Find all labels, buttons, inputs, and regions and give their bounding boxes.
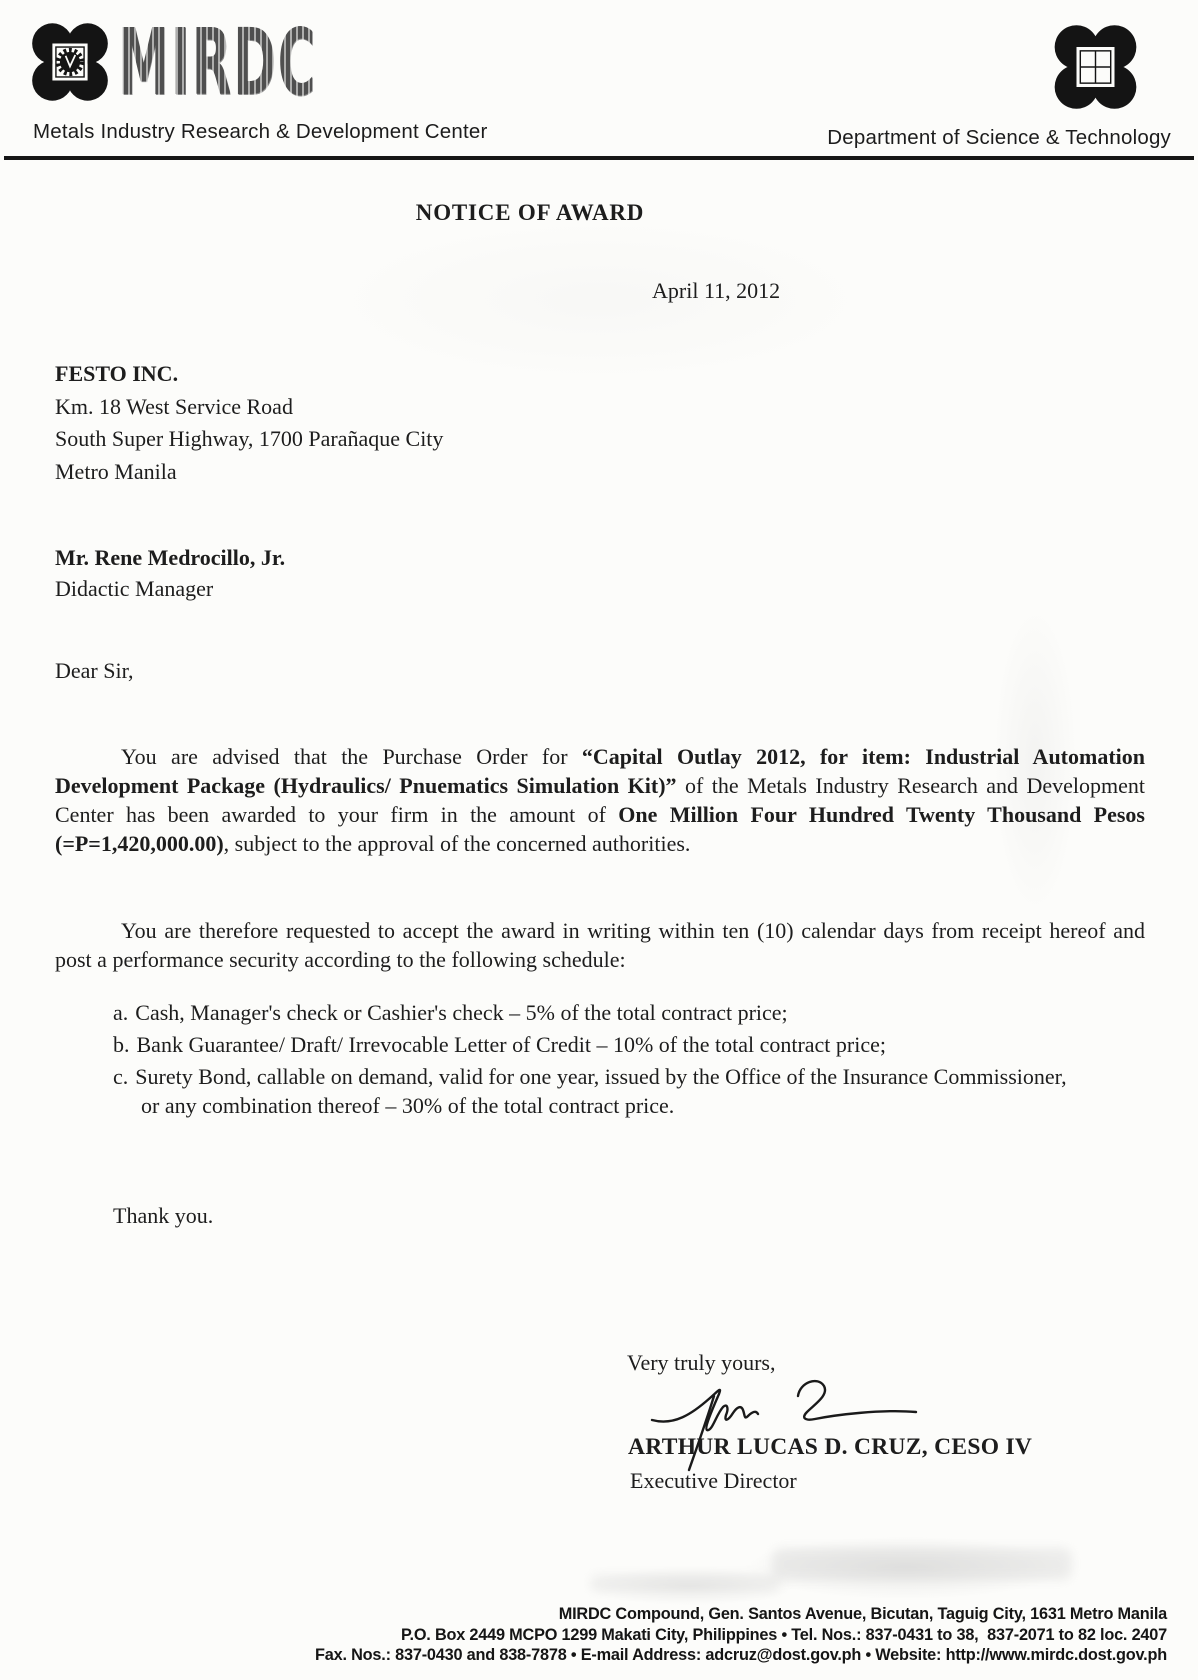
mirdc-wordmark: MIRDC [118, 16, 317, 110]
footer-contact-block: MIRDC Compound, Gen. Santos Avenue, Bicu… [315, 1604, 1167, 1666]
schedule-item: c.Surety Bond, callable on demand, valid… [113, 1062, 1068, 1120]
signer-name: ARTHUR LUCAS D. CRUZ, CESO IV [628, 1434, 1032, 1461]
mirdc-tagline: Metals Industry Research & Development C… [33, 120, 488, 144]
recipient-address-line: South Super Highway, 1700 Parañaque City [55, 423, 443, 456]
footer-phone-line: P.O. Box 2449 MCPO 1299 Makati City, Phi… [315, 1625, 1167, 1646]
recipient-address-line: Km. 18 West Service Road [55, 391, 443, 424]
schedule-item-text: Bank Guarantee/ Draft/ Irrevocable Lette… [137, 1032, 887, 1057]
recipient-block: FESTO INC. Km. 18 West Service Road Sout… [55, 358, 443, 488]
body-paragraph-2: You are therefore requested to accept th… [55, 916, 1145, 974]
schedule-item: a.Cash, Manager's check or Cashier's che… [113, 998, 1068, 1027]
recipient-address-line: Metro Manila [55, 456, 443, 489]
salutation: Dear Sir, [55, 658, 134, 684]
recipient-contact-name: Mr. Rene Medrocillo, Jr. [55, 542, 285, 573]
recipient-contact-title: Didactic Manager [55, 573, 285, 604]
signer-title: Executive Director [630, 1468, 797, 1494]
recipient-company: FESTO INC. [55, 358, 443, 391]
header-divider [4, 156, 1194, 160]
scan-artifact [590, 1574, 780, 1592]
scan-artifact [772, 1548, 1072, 1580]
footer-fax-email-line: Fax. Nos.: 837-0430 and 838-7878 • E-mai… [315, 1645, 1167, 1666]
scanned-letter-page: MIRDC Metals Industry Research & Develop… [0, 0, 1198, 1680]
document-title: NOTICE OF AWARD [0, 200, 1060, 226]
footer-address-line: MIRDC Compound, Gen. Santos Avenue, Bicu… [315, 1604, 1167, 1625]
schedule-item-label: a. [113, 1000, 128, 1025]
schedule-item: b.Bank Guarantee/ Draft/ Irrevocable Let… [113, 1030, 1068, 1059]
body-paragraph-1: You are advised that the Purchase Order … [55, 742, 1145, 858]
schedule-item-label: b. [113, 1032, 130, 1057]
schedule-item-text: Cash, Manager's check or Cashier's check… [135, 1000, 787, 1025]
dost-tagline: Department of Science & Technology [827, 126, 1171, 150]
recipient-contact-block: Mr. Rene Medrocillo, Jr. Didactic Manage… [55, 542, 285, 604]
date-line: April 11, 2012 [652, 278, 780, 304]
closing-thanks: Thank you. [113, 1203, 213, 1229]
valediction: Very truly yours, [627, 1350, 775, 1376]
dost-logo-icon [1048, 16, 1143, 118]
mirdc-logo-icon [26, 14, 114, 110]
schedule-item-text: Surety Bond, callable on demand, valid f… [135, 1064, 1066, 1118]
schedule-list: a.Cash, Manager's check or Cashier's che… [113, 998, 1068, 1123]
schedule-item-label: c. [113, 1064, 128, 1089]
